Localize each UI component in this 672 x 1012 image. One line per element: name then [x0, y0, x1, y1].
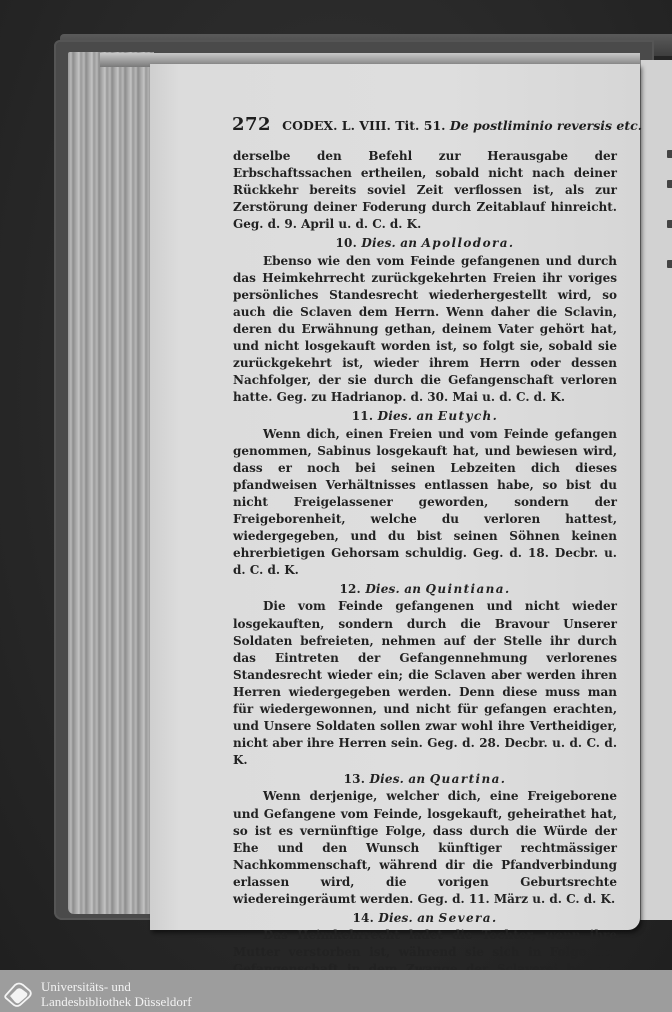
book-logo-icon: [3, 981, 33, 1007]
page-number: 272: [232, 114, 271, 135]
section-text-10: Ebenso wie den vom Feinde gefangenen und…: [233, 253, 617, 407]
page-header: 272 CODEX. L. VIII. Tit. 51. De postlimi…: [232, 114, 622, 136]
section-heading-10: 10. Dies. an Apollodora.: [233, 235, 617, 252]
running-head: CODEX. L. VIII. Tit. 51. De postliminio …: [282, 118, 642, 133]
library-name: Universitäts- und Landesbibliothek Düsse…: [41, 979, 192, 1009]
section-heading-11: 11. Dies. an Eutych.: [233, 408, 617, 425]
section-heading-14: 14. Dies. an Severa.: [233, 910, 617, 927]
page-edges: [68, 52, 154, 914]
section-heading-13: 13. Dies. an Quartina.: [233, 771, 617, 788]
section-heading-12: 12. Dies. an Quintiana.: [233, 581, 617, 598]
opening-paragraph: derselbe den Befehl zur Herausgabe der E…: [233, 148, 617, 233]
text-fragment: [667, 150, 672, 158]
text-fragment: [667, 220, 672, 228]
running-head-title: De postliminio reversis etc.: [450, 118, 642, 133]
section-text-12: Die vom Feinde gefangenen und nicht wied…: [233, 598, 617, 769]
section-text-13: Wenn derjenige, welcher dich, eine Freig…: [233, 788, 617, 908]
section-text-11: Wenn dich, einen Freien und vom Feinde g…: [233, 426, 617, 580]
page-body: derselbe den Befehl zur Herausgabe der E…: [233, 148, 617, 1012]
text-fragment: [667, 180, 672, 188]
text-fragment: [667, 260, 672, 268]
facing-page-edge: [640, 60, 672, 920]
